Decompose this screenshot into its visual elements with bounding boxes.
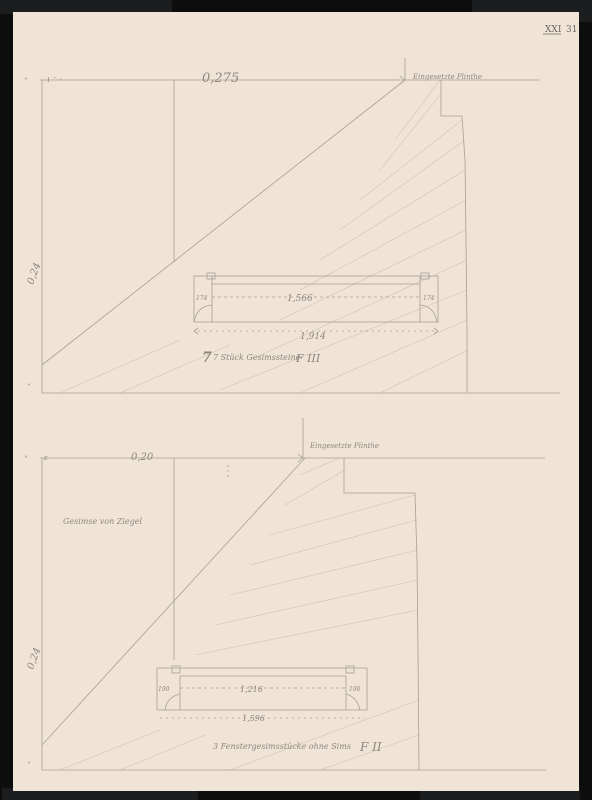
left-offset: 174 xyxy=(196,295,208,302)
plate-roman: XXI xyxy=(545,25,562,35)
caption-ref: F III xyxy=(295,352,321,365)
plate-arabic: 31 xyxy=(566,25,577,35)
height-dimension: 0,24 xyxy=(25,261,43,286)
masonry-hatching xyxy=(60,458,419,770)
width-dimension: 0,275 xyxy=(202,71,239,86)
svg-text:˄: ˄ xyxy=(24,455,28,464)
inner-length: 1,216 xyxy=(240,685,263,694)
caption-top: 7 7 Stück Gesimssteine F III xyxy=(202,350,321,366)
right-offset: 190 xyxy=(349,686,361,693)
height-dimension: 0,24 xyxy=(25,646,43,671)
caption-text: 7 Stück Gesimssteine xyxy=(213,353,301,362)
svg-text:ε: ε xyxy=(44,454,48,462)
right-offset: 174 xyxy=(423,295,435,302)
slab-elevation-top: 1,566 1,914 174 174 xyxy=(194,273,438,342)
drawing-top: ˄ ˅ ι ⁻ · 0,275 Eingesetzte Plinthe 0,24… xyxy=(24,58,560,393)
masonry-hatching xyxy=(60,80,468,393)
side-note: Gesimse von Ziegel xyxy=(63,517,142,526)
left-offset: 190 xyxy=(158,686,170,693)
plate-number: XXI 31 xyxy=(543,25,577,35)
edge-label: Eingesetzte Plinthe xyxy=(309,442,379,450)
outer-length: 1,596 xyxy=(242,714,265,723)
svg-text:˅: ˅ xyxy=(27,383,31,392)
slab-elevation-bottom: 1,216 1,596 190 190 xyxy=(157,666,367,723)
drawing-bottom: ˄ ˅ ε 0,20 Eingesetzte Plinthe 0,24 Gesi… xyxy=(24,418,546,770)
inner-length: 1,566 xyxy=(287,294,313,304)
caption-ref: F II xyxy=(359,740,382,754)
caption-text: 3 Fenstergesimsstücke ohne Sims xyxy=(213,742,351,751)
svg-text:˅: ˅ xyxy=(27,761,31,770)
svg-text:˄: ˄ xyxy=(24,77,28,86)
caption-bottom: 3 Fenstergesimsstücke ohne Sims F II xyxy=(213,740,382,754)
technical-drawing: XXI 31 xyxy=(0,0,592,800)
edge-label: Eingesetzte Plinthe xyxy=(412,73,482,81)
width-dimension: 0,20 xyxy=(131,452,154,463)
svg-text:7: 7 xyxy=(202,350,212,366)
svg-text:ι ⁻ ·: ι ⁻ · xyxy=(47,75,62,84)
outer-length: 1,914 xyxy=(300,332,326,342)
